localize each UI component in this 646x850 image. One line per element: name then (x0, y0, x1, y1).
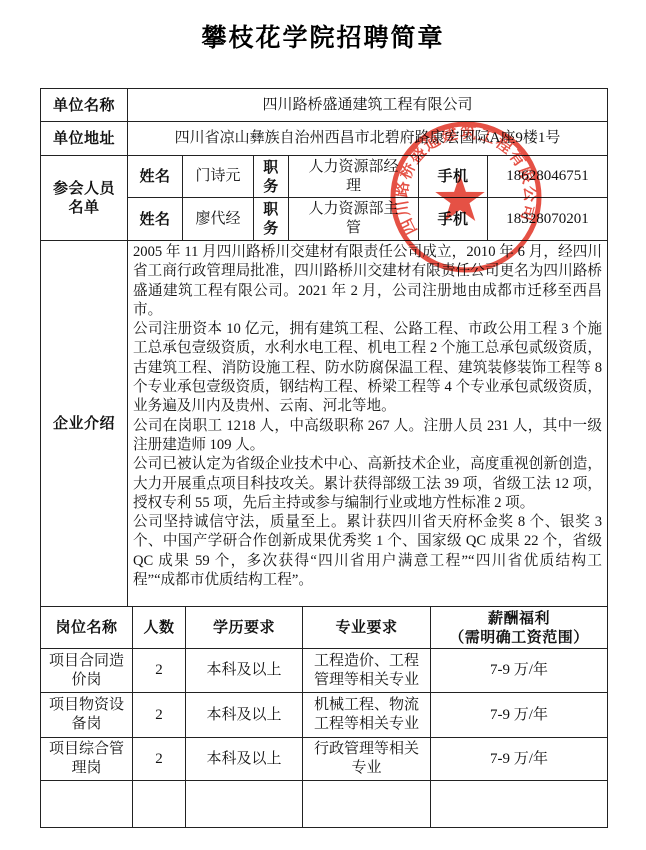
intro-paragraph: 公司坚持诚信守法，质量至上。累计获四川省天府杯金奖 8 个、银奖 3 个、中国产… (133, 513, 602, 590)
participants-label: 参会人员 名单 (41, 156, 128, 241)
intro-label: 企业介绍 (41, 241, 128, 607)
participant-phone-label: 手机 (419, 198, 488, 241)
intro-section: 企业介绍 2005 年 11 月四川路桥川交建材有限责任公司成立，2010 年 … (41, 241, 607, 607)
job-count: 2 (133, 693, 186, 738)
job-salary: 7-9 万/年 (431, 693, 607, 738)
job-position: 项目综合管理岗 (41, 738, 133, 781)
unit-name-value: 四川路桥盛通建筑工程有限公司 (128, 89, 607, 122)
intro-paragraph: 公司注册资本 10 亿元，拥有建筑工程、公路工程、市政公用工程 3 个施工总承包… (133, 320, 602, 416)
job-major: 行政管理等相关专业 (303, 738, 431, 781)
participant-name-label: 姓名 (128, 198, 183, 241)
participants-section: 参会人员 名单 姓名 门诗元 职务 人力资源部经理 手机 18628046751… (41, 156, 607, 241)
jobs-header-major: 专业要求 (303, 607, 431, 649)
participant-name-label: 姓名 (128, 156, 183, 198)
unit-section: 单位名称 四川路桥盛通建筑工程有限公司 单位地址 四川省凉山彝族自治州西昌市北碧… (41, 89, 607, 156)
jobs-header-education: 学历要求 (186, 607, 303, 649)
participant-phone: 18628046751 (488, 156, 607, 198)
participant-name: 门诗元 (183, 156, 254, 198)
jobs-header-salary: 薪酬福利 （需明确工资范围） (431, 607, 607, 649)
job-count: 2 (133, 649, 186, 693)
intro-paragraph: 公司在岗职工 1218 人，中高级职称 267 人。注册人员 231 人，其中一… (133, 417, 602, 456)
page-title: 攀枝花学院招聘简章 (0, 18, 646, 54)
jobs-header-position: 岗位名称 (41, 607, 133, 649)
participant-title-label: 职务 (254, 156, 289, 198)
participant-phone-label: 手机 (419, 156, 488, 198)
job-salary: 7-9 万/年 (431, 738, 607, 781)
jobs-header-count: 人数 (133, 607, 186, 649)
participant-title-label: 职务 (254, 198, 289, 241)
jobs-section: 岗位名称 人数 学历要求 专业要求 薪酬福利 （需明确工资范围） 项目合同造价岗… (41, 607, 607, 827)
participant-title: 人力资源部主管 (289, 198, 419, 241)
job-education (186, 781, 303, 827)
job-salary (431, 781, 607, 827)
job-count (133, 781, 186, 827)
participant-title: 人力资源部经理 (289, 156, 419, 198)
job-position: 项目物资设备岗 (41, 693, 133, 738)
job-major: 工程造价、工程管理等相关专业 (303, 649, 431, 693)
participant-name: 廖代经 (183, 198, 254, 241)
unit-address-value: 四川省凉山彝族自治州西昌市北碧府路康宏国际A座9楼1号 (128, 122, 607, 156)
jobs-header-salary-line1: 薪酬福利 (488, 609, 550, 628)
jobs-header-salary-line2: （需明确工资范围） (449, 628, 589, 647)
info-table: 单位名称 四川路桥盛通建筑工程有限公司 单位地址 四川省凉山彝族自治州西昌市北碧… (40, 88, 608, 828)
job-count: 2 (133, 738, 186, 781)
job-salary: 7-9 万/年 (431, 649, 607, 693)
job-major: 机械工程、物流工程等相关专业 (303, 693, 431, 738)
job-education: 本科及以上 (186, 738, 303, 781)
job-position (41, 781, 133, 827)
job-major (303, 781, 431, 827)
unit-name-label: 单位名称 (41, 89, 128, 122)
unit-address-label: 单位地址 (41, 122, 128, 156)
job-position: 项目合同造价岗 (41, 649, 133, 693)
intro-paragraph: 公司已被认定为省级企业技术中心、高新技术企业，高度重视创新创造，大力开展重点项目… (133, 455, 602, 513)
intro-paragraph: 2005 年 11 月四川路桥川交建材有限责任公司成立，2010 年 6 月，经… (133, 243, 602, 320)
job-education: 本科及以上 (186, 649, 303, 693)
job-education: 本科及以上 (186, 693, 303, 738)
participant-phone: 18328070201 (488, 198, 607, 241)
intro-text: 2005 年 11 月四川路桥川交建材有限责任公司成立，2010 年 6 月，经… (128, 241, 607, 607)
recruitment-notice-page: 攀枝花学院招聘简章 单位名称 四川路桥盛通建筑工程有限公司 单位地址 四川省凉山… (0, 0, 646, 850)
